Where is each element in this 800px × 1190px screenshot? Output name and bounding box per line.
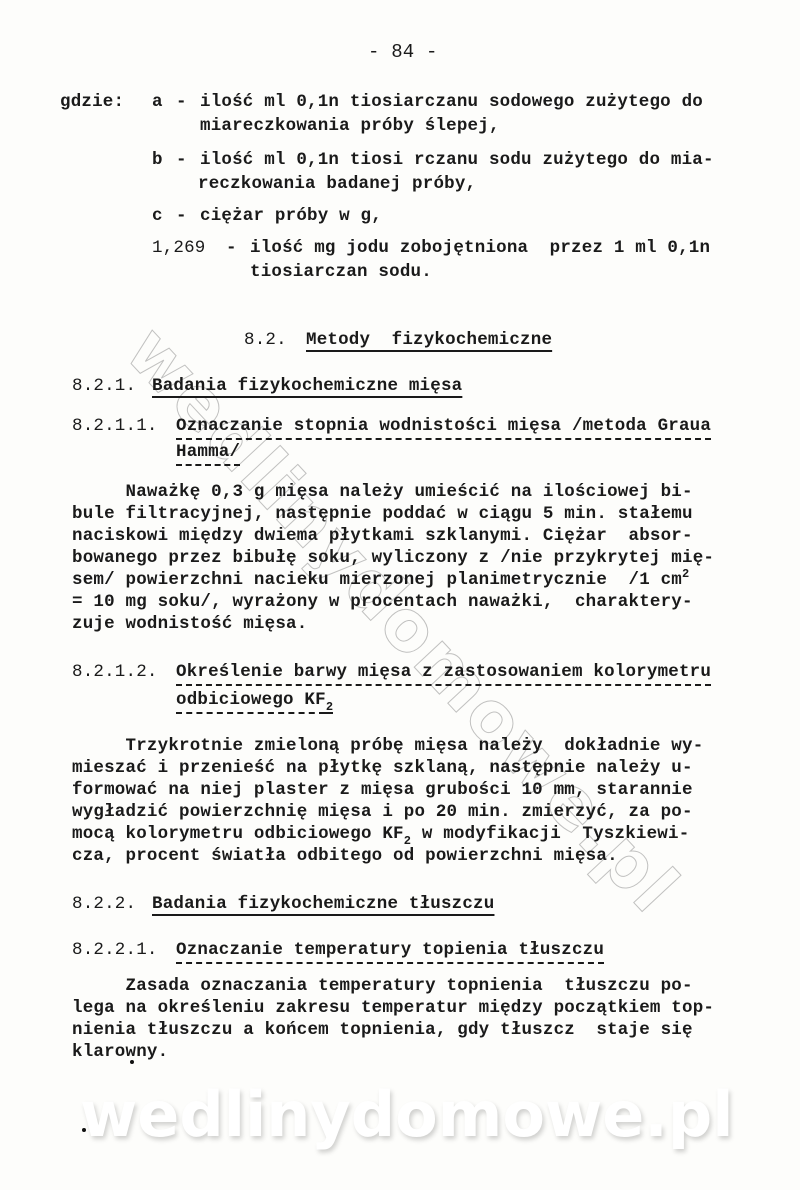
def-1269-line1: ilość mg jodu zobojętniona przez 1 ml 0,… xyxy=(250,238,710,258)
body-8-2-1-2-line: mocą kolorymetru odbiciowego KF2 w modyf… xyxy=(72,824,689,845)
section-8-2-1-number: 8.2.1. xyxy=(72,376,136,396)
def-a-line2: miareczkowania próby ślepej, xyxy=(200,116,500,136)
def-c-dash: - xyxy=(176,206,187,226)
def-c-key: c xyxy=(152,206,163,226)
section-8-2-1-1-number: 8.2.1.1. xyxy=(72,416,158,436)
body-8-2-1-2-line: wygładzić powierzchnię mięsa i po 20 min… xyxy=(72,802,693,822)
section-8-2-title: Metody fizykochemiczne xyxy=(306,330,552,350)
body-text: mocą kolorymetru odbiciowego KF xyxy=(72,824,404,844)
body-8-2-1-1-line: sem/ powierzchni nacieku mierzonej plani… xyxy=(72,570,689,591)
body-text: sem/ powierzchni nacieku mierzonej plani… xyxy=(72,570,682,590)
def-a-key: a xyxy=(152,92,163,112)
ink-speck xyxy=(82,1128,86,1132)
body-8-2-2-1-line: nienia tłuszczu a końcem topnienia, gdy … xyxy=(72,1020,693,1040)
body-8-2-1-2-line: cza, procent światła odbitego od powierz… xyxy=(72,846,618,866)
body-8-2-1-1-line: zuje wodnistość mięsa. xyxy=(72,614,307,634)
body-8-2-1-2-line: mieszać i przenieść na płytkę szklaną, n… xyxy=(72,758,693,778)
subscript: 2 xyxy=(326,700,333,714)
watermark-bottom: wedlinydomowe.pl xyxy=(80,1078,733,1151)
section-8-2-2-number: 8.2.2. xyxy=(72,894,136,914)
def-1269-key: 1,269 xyxy=(152,238,206,258)
body-8-2-2-1-line: Zasada oznaczania temperatury topnienia … xyxy=(72,976,693,996)
body-8-2-1-2-line: formować na niej plaster z mięsa grubośc… xyxy=(72,780,693,800)
section-8-2-1-1-title-line1: Oznaczanie stopnia wodnistości mięsa /me… xyxy=(176,416,711,436)
def-c-line1: ciężar próby w g, xyxy=(200,206,382,226)
ink-speck xyxy=(130,1060,134,1064)
body-8-2-1-1-line: bule filtracyjnej, następnie poddać w ci… xyxy=(72,504,693,524)
section-8-2-2-title: Badania fizykochemiczne tłuszczu xyxy=(152,894,494,914)
superscript: 2 xyxy=(682,567,689,581)
def-a-line1: ilość ml 0,1n tiosiarczanu sodowego zuży… xyxy=(200,92,703,112)
def-1269-line2: tiosiarczan sodu. xyxy=(250,262,432,282)
body-8-2-1-1-line: = 10 mg soku/, wyrażony w procentach naw… xyxy=(72,592,693,612)
section-8-2-1-2-title-line2: odbiciowego KF2 xyxy=(176,690,333,711)
title-text: odbiciowego KF xyxy=(176,690,326,710)
body-8-2-1-1-line: naciskowi między dwiema płytkami szklany… xyxy=(72,526,693,546)
section-8-2-1-1-title-line2: Hamma/ xyxy=(176,442,240,462)
body-8-2-1-1-line: bowanego przez bibułę soku, wyliczony z … xyxy=(72,548,714,568)
definitions-intro: gdzie: xyxy=(60,92,124,112)
def-a-dash: - xyxy=(176,92,187,112)
section-8-2-1-title: Badania fizykochemiczne mięsa xyxy=(152,376,462,396)
body-8-2-1-2-line: Trzykrotnie zmieloną próbę mięsa należy … xyxy=(72,736,703,756)
document-page: wedlinydomowe.pl - 84 - gdzie: a - ilość… xyxy=(0,0,800,1190)
section-8-2-2-1-number: 8.2.2.1. xyxy=(72,940,158,960)
section-8-2-number: 8.2. xyxy=(244,330,287,350)
section-8-2-2-1-title: Oznaczanie temperatury topienia tłuszczu xyxy=(176,940,604,960)
def-1269-dash: - xyxy=(226,238,237,258)
page-number: - 84 - xyxy=(368,42,438,62)
body-8-2-1-1-line: Naważkę 0,3 g mięsa należy umieścić na i… xyxy=(72,482,693,502)
body-text-tail: w modyfikacji Tyszkiewi- xyxy=(411,824,689,844)
def-b-dash: - xyxy=(176,150,187,170)
section-8-2-1-2-number: 8.2.1.2. xyxy=(72,662,158,682)
def-b-line1: ilość ml 0,1n tiosi rczanu sodu zużytego… xyxy=(200,150,714,170)
def-b-key: b xyxy=(152,150,163,170)
def-b-line2: reczkowania badanej próby, xyxy=(198,174,476,194)
body-8-2-2-1-line: lega na określeniu zakresu temperatur mi… xyxy=(72,998,714,1018)
body-8-2-2-1-line: klarowny. xyxy=(72,1042,168,1062)
section-8-2-1-2-title-line1: Określenie barwy mięsa z zastosowaniem k… xyxy=(176,662,711,682)
